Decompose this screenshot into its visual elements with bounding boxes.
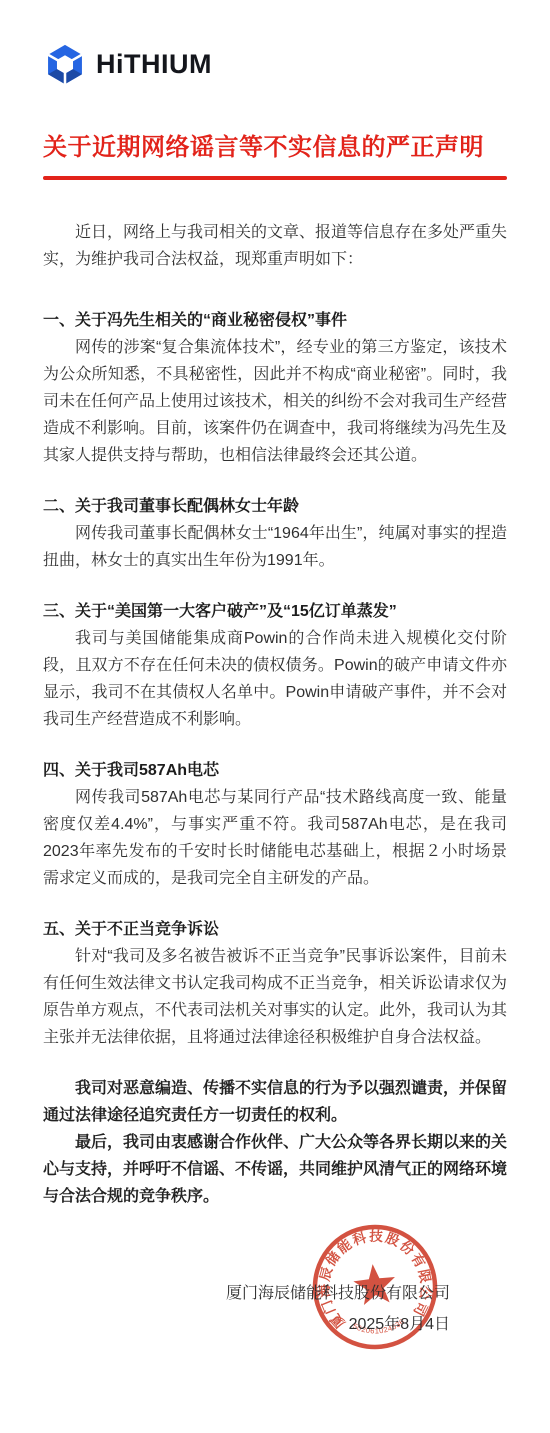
section-2-heading: 二、关于我司董事长配偶林女士年龄 — [43, 493, 507, 520]
section-4-heading: 四、关于我司587Ah电芯 — [43, 757, 507, 784]
title-underline — [43, 176, 507, 180]
closing-paragraph-2: 最后，我司由衷感谢合作伙伴、广大公众等各界长期以来的关心与支持，并呼吁不信谣、不… — [43, 1129, 507, 1210]
company-name: 厦门海辰储能科技股份有限公司 — [43, 1280, 450, 1307]
section-3-heading: 三、关于“美国第一大客户破产”及“15亿订单蒸发” — [43, 598, 507, 625]
statement-date: 2025年8月4日 — [43, 1311, 450, 1338]
statement-body: 近日，网络上与我司相关的文章、报道等信息存在多处严重失实，为维护我司合法权益，现… — [43, 219, 507, 1210]
closing-paragraph-1: 我司对恶意编造、传播不实信息的行为予以强烈谴责，并保留通过法律途径追究责任方一切… — [43, 1075, 507, 1129]
section-2-text: 网传我司董事长配偶林女士“1964年出生”，纯属对事实的捏造扭曲，林女士的真实出… — [43, 520, 507, 574]
statement-title: 关于近期网络谣言等不实信息的严正声明 — [43, 130, 507, 165]
section-1-heading: 一、关于冯先生相关的“商业秘密侵权”事件 — [43, 307, 507, 334]
section-1-text: 网传的涉案“复合集流体技术”，经专业的第三方鉴定，该技术为公众所知悉，不具秘密性… — [43, 334, 507, 469]
section-4: 四、关于我司587Ah电芯 网传我司587Ah电芯与某同行产品“技术路线高度一致… — [43, 757, 507, 892]
section-5-heading: 五、关于不正当竞争诉讼 — [43, 916, 507, 943]
section-4-text: 网传我司587Ah电芯与某同行产品“技术路线高度一致、能量密度仅差4.4%”，与… — [43, 784, 507, 892]
section-3: 三、关于“美国第一大客户破产”及“15亿订单蒸发” 我司与美国储能集成商Powi… — [43, 598, 507, 733]
section-5-text: 针对“我司及多名被告被诉不正当竞争”民事诉讼案件，目前未有任何生效法律文书认定我… — [43, 943, 507, 1051]
logo-wordmark: HiTHIUM — [96, 49, 212, 80]
section-5: 五、关于不正当竞争诉讼 针对“我司及多名被告被诉不正当竞争”民事诉讼案件，目前未… — [43, 916, 507, 1051]
signature-block: 厦门海辰储能科技股份有限公司 2025年8月4日 — [43, 1280, 507, 1338]
intro-paragraph: 近日，网络上与我司相关的文章、报道等信息存在多处严重失实，为维护我司合法权益，现… — [43, 219, 507, 273]
statement-page: HiTHIUM 关于近期网络谣言等不实信息的严正声明 近日，网络上与我司相关的文… — [0, 0, 550, 1433]
section-3-text: 我司与美国储能集成商Powin的合作尚未进入规模化交付阶段，且双方不存在任何未决… — [43, 625, 507, 733]
header: HiTHIUM 关于近期网络谣言等不实信息的严正声明 — [43, 0, 507, 180]
hithium-hexagon-icon — [43, 41, 87, 88]
company-logo: HiTHIUM — [43, 41, 507, 88]
section-2: 二、关于我司董事长配偶林女士年龄 网传我司董事长配偶林女士“1964年出生”，纯… — [43, 493, 507, 574]
section-1: 一、关于冯先生相关的“商业秘密侵权”事件 网传的涉案“复合集流体技术”，经专业的… — [43, 307, 507, 469]
